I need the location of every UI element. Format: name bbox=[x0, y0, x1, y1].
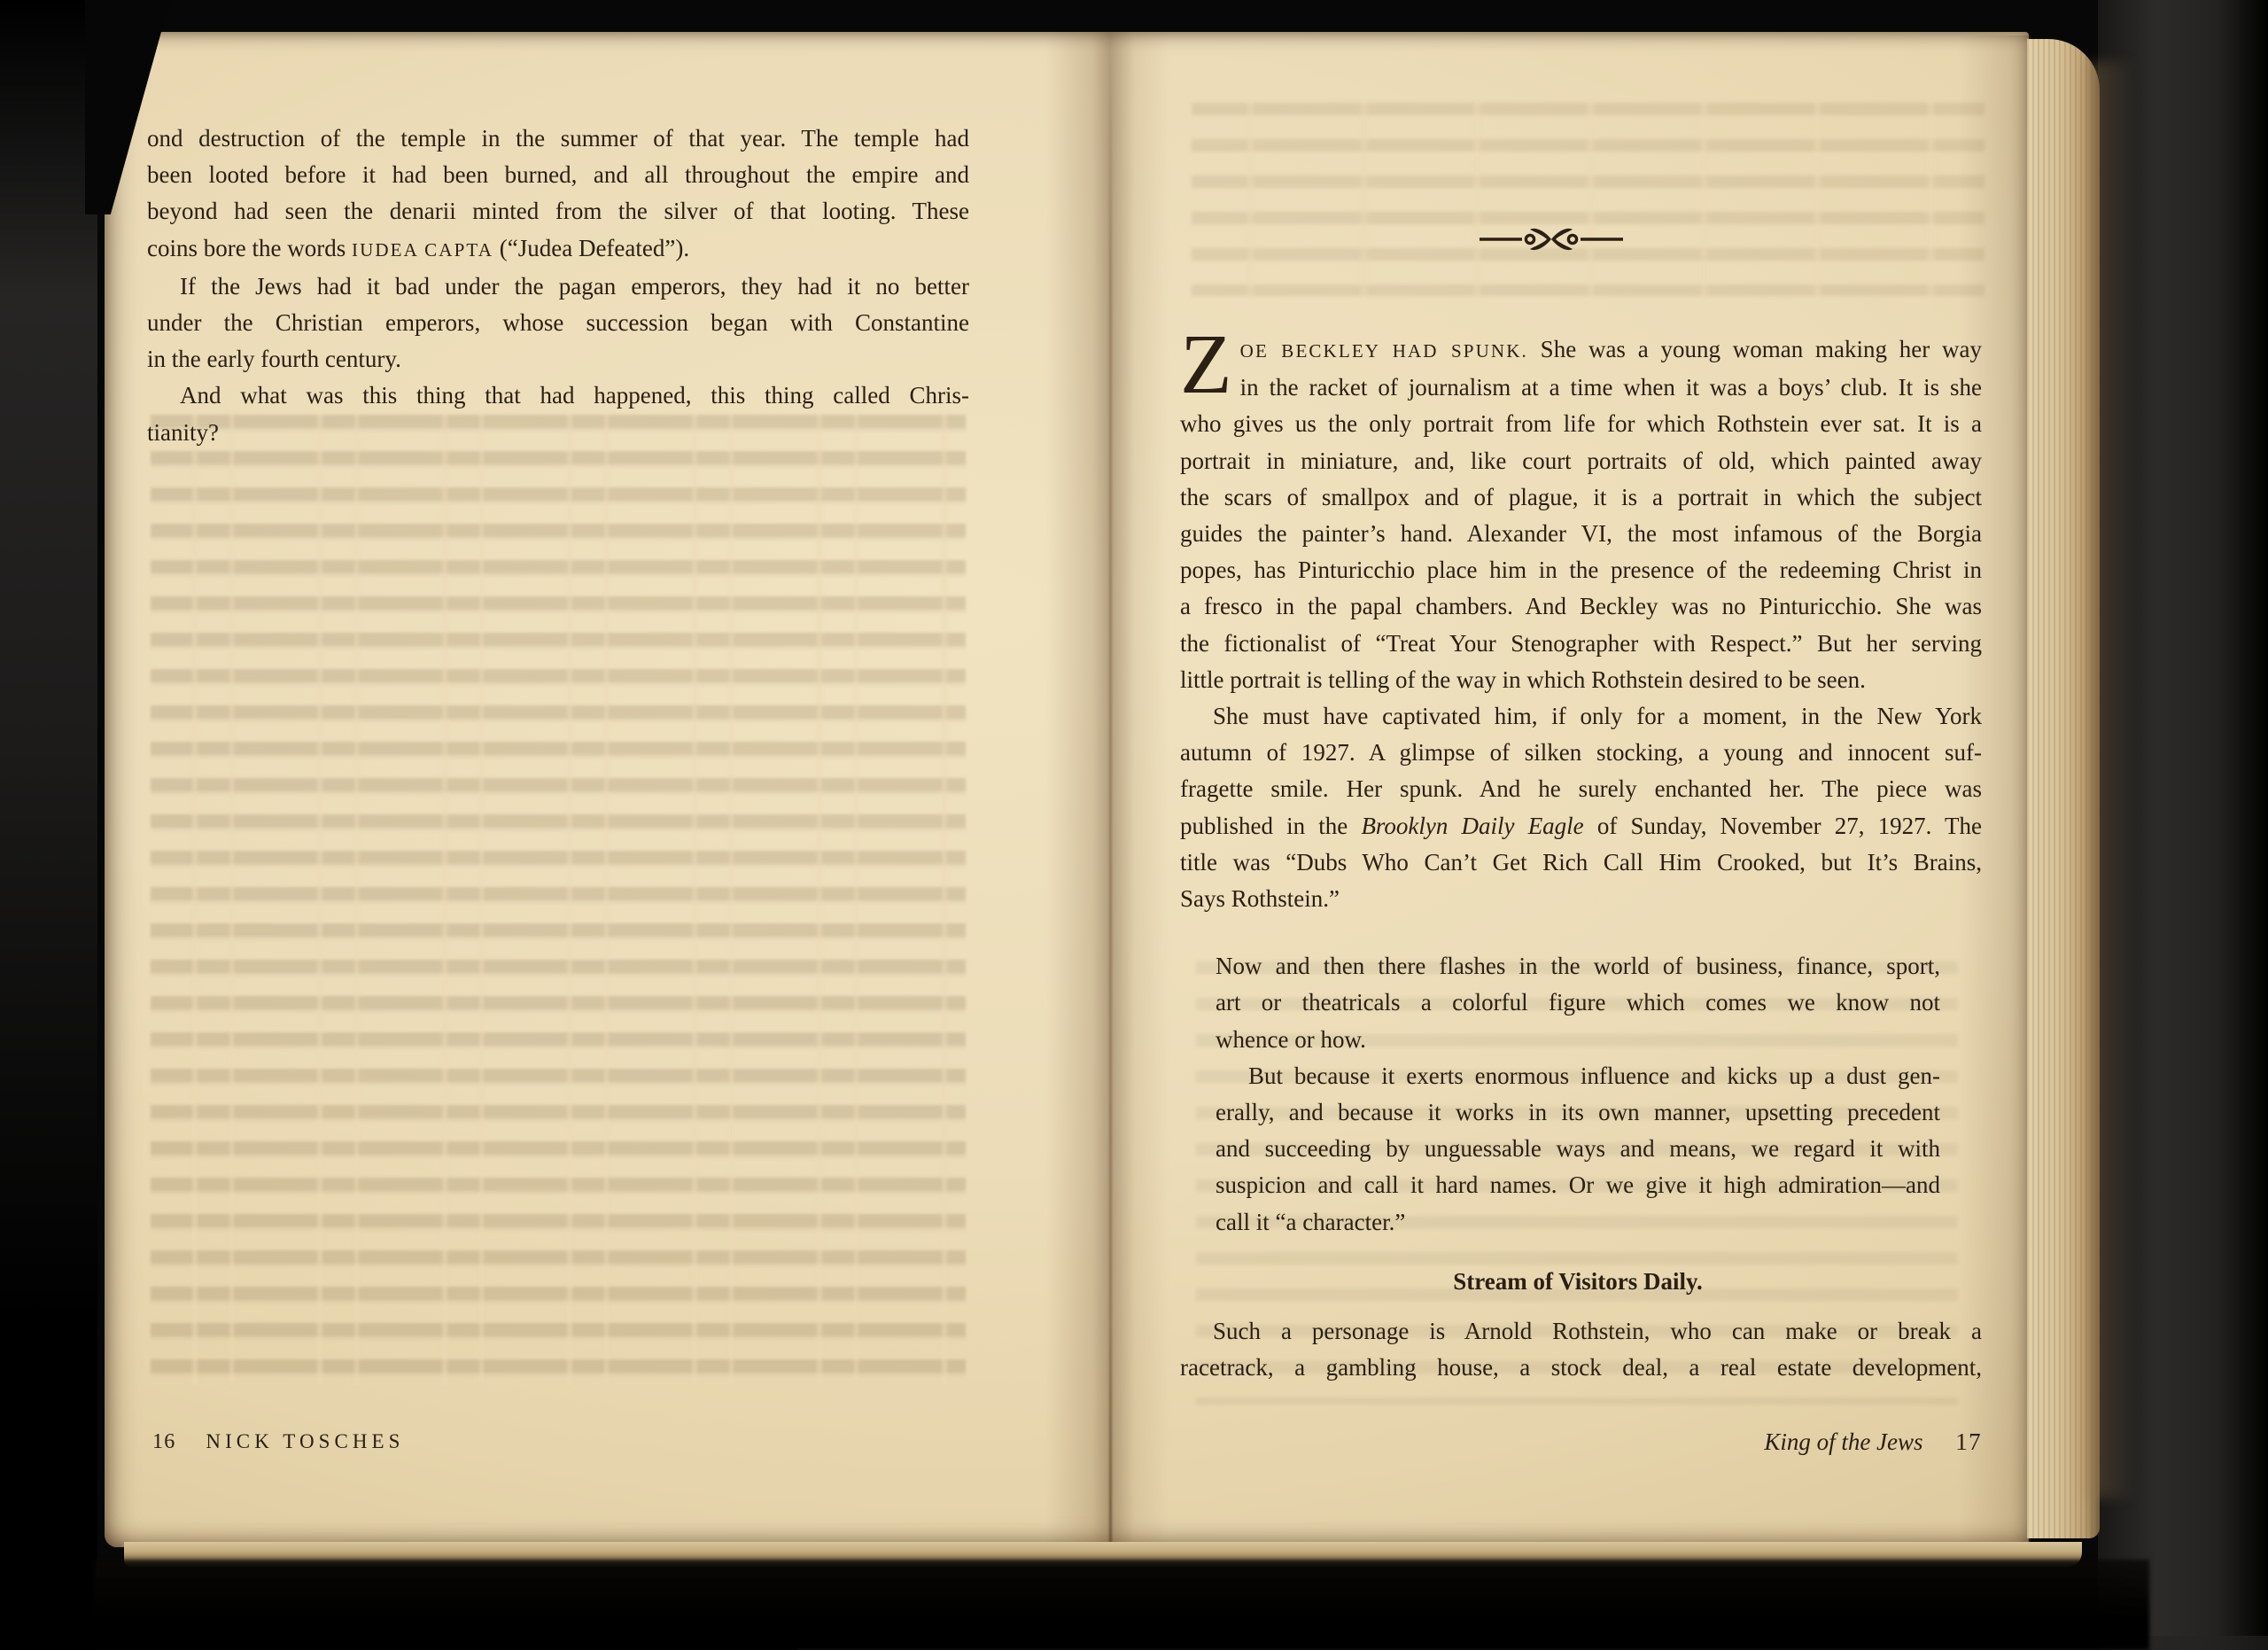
text-segment: a fresco in the papal chambers. And Beck… bbox=[1180, 593, 1982, 619]
text-segment: art or theatricals a colorful figure whi… bbox=[1216, 989, 1940, 1016]
text-line: in the racket of journalism at a time wh… bbox=[1180, 370, 1982, 406]
text-segment: under the Christian emperors, whose succ… bbox=[147, 309, 969, 336]
right-page-text-block: ZOE BECKLEY HAD SPUNK. She was a young w… bbox=[1180, 226, 1982, 1386]
text-segment: been looted before it had been burned, a… bbox=[147, 161, 969, 188]
text-segment: She was a young woman making her way bbox=[1528, 336, 1982, 362]
text-segment: call it “a character.” bbox=[1216, 1209, 1405, 1235]
fore-edge-glow bbox=[2087, 62, 2135, 1498]
paragraph: ond destruction of the temple in the sum… bbox=[147, 121, 969, 269]
text-segment: in the racket of journalism at a time wh… bbox=[1240, 374, 1982, 401]
italic-text: Brooklyn Daily Eagle bbox=[1361, 813, 1583, 839]
left-page-number: 16 bbox=[152, 1430, 175, 1454]
text-line: and succeeding by unguessable ways and m… bbox=[1216, 1131, 1940, 1167]
text-line: OE BECKLEY HAD SPUNK. She was a young wo… bbox=[1180, 331, 1982, 370]
text-line: under the Christian emperors, whose succ… bbox=[147, 305, 969, 341]
text-line: published in the Brooklyn Daily Eagle of… bbox=[1180, 808, 1982, 844]
text-line: little portrait is telling of the way in… bbox=[1180, 662, 1982, 698]
text-line: been looted before it had been burned, a… bbox=[147, 157, 969, 193]
bottom-scan-shadow bbox=[94, 1560, 2149, 1650]
left-running-head: NICK TOSCHES bbox=[206, 1430, 404, 1453]
text-line: portrait in miniature, and, like court p… bbox=[1180, 443, 1982, 479]
text-line: the scars of smallpox and of plague, it … bbox=[1180, 479, 1982, 516]
closing-paragraph: Such a personage is Arnold Rothstein, wh… bbox=[1180, 1313, 1982, 1386]
paragraph: Such a personage is Arnold Rothstein, wh… bbox=[1180, 1313, 1982, 1386]
text-line: tianity? bbox=[147, 415, 969, 451]
text-segment: If the Jews had it bad under the pagan e… bbox=[180, 273, 969, 300]
paragraph: If the Jews had it bad under the pagan e… bbox=[147, 269, 969, 378]
text-segment: tianity? bbox=[147, 419, 219, 446]
text-segment: suspicion and call it hard names. Or we … bbox=[1216, 1171, 1940, 1198]
text-segment: ond destruction of the temple in the sum… bbox=[147, 125, 969, 152]
text-line: art or theatricals a colorful figure whi… bbox=[1216, 985, 1940, 1021]
drop-cap: Z bbox=[1180, 335, 1232, 404]
text-segment: and succeeding by unguessable ways and m… bbox=[1216, 1135, 1940, 1162]
text-segment: fragette smile. Her spunk. And he surely… bbox=[1180, 775, 1982, 802]
text-line: the fictionalist of “Treat Your Stenogra… bbox=[1180, 626, 1982, 662]
right-page-main-paragraphs: ZOE BECKLEY HAD SPUNK. She was a young w… bbox=[1180, 331, 1982, 917]
text-segment: beyond had seen the denarii minted from … bbox=[147, 198, 969, 224]
right-running-head: King of the Jews bbox=[1764, 1428, 1922, 1455]
book-gutter-shadow bbox=[1045, 32, 1169, 1547]
text-segment: little portrait is telling of the way in… bbox=[1180, 666, 1866, 693]
text-segment: the fictionalist of “Treat Your Stenogra… bbox=[1180, 630, 1982, 657]
text-segment: of Sunday, November 27, 1927. The bbox=[1584, 813, 1982, 839]
text-segment: guides the painter’s hand. Alexander VI,… bbox=[1180, 520, 1982, 547]
text-line: Such a personage is Arnold Rothstein, wh… bbox=[1180, 1313, 1982, 1350]
text-line: She must have captivated him, if only fo… bbox=[1180, 698, 1982, 735]
small-caps-text: IUDEA CAPTA bbox=[352, 239, 493, 261]
text-line: Says Rothstein.” bbox=[1180, 881, 1982, 917]
text-segment: who gives us the only portrait from life… bbox=[1180, 410, 1982, 437]
text-line: coins bore the words IUDEA CAPTA (“Judea… bbox=[147, 230, 969, 269]
scanned-book-page: { "book": { "colors": { "paper": "#ecdcb… bbox=[0, 0, 2268, 1650]
paragraph: She must have captivated him, if only fo… bbox=[1180, 698, 1982, 917]
text-segment: racetrack, a gambling house, a stock dea… bbox=[1180, 1354, 1982, 1381]
text-segment: But because it exerts enormous influence… bbox=[1248, 1062, 1940, 1089]
paragraph: ZOE BECKLEY HAD SPUNK. She was a young w… bbox=[1180, 331, 1982, 698]
text-segment: And what was this thing that had happene… bbox=[180, 382, 969, 409]
text-line: beyond had seen the denarii minted from … bbox=[147, 193, 969, 230]
left-page-text-block: ond destruction of the temple in the sum… bbox=[147, 121, 969, 451]
text-segment: popes, has Pinturicchio place him in the… bbox=[1180, 556, 1982, 583]
quote-subheading: Stream of Visitors Daily. bbox=[1216, 1264, 1940, 1300]
text-line: whence or how. bbox=[1216, 1022, 1940, 1058]
text-line: Now and then there flashes in the world … bbox=[1216, 948, 1940, 985]
left-page-footer: 16 NICK TOSCHES bbox=[152, 1430, 405, 1454]
block-quote-paragraphs: Now and then there flashes in the world … bbox=[1216, 948, 1940, 1241]
text-segment: She must have captivated him, if only fo… bbox=[1213, 703, 1982, 729]
text-line: a fresco in the papal chambers. And Beck… bbox=[1180, 588, 1982, 625]
paragraph: But because it exerts enormous influence… bbox=[1216, 1058, 1940, 1241]
text-line: racetrack, a gambling house, a stock dea… bbox=[1180, 1350, 1982, 1386]
text-segment: Now and then there flashes in the world … bbox=[1216, 953, 1940, 979]
text-line: in the early fourth century. bbox=[147, 341, 969, 377]
text-segment: title was “Dubs Who Can’t Get Rich Call … bbox=[1180, 849, 1982, 876]
text-segment: Says Rothstein.” bbox=[1180, 885, 1340, 912]
text-line: who gives us the only portrait from life… bbox=[1180, 406, 1982, 442]
text-line: call it “a character.” bbox=[1216, 1204, 1940, 1241]
text-line: But because it exerts enormous influence… bbox=[1216, 1058, 1940, 1094]
text-line: And what was this thing that had happene… bbox=[147, 377, 969, 414]
text-segment: coins bore the words bbox=[147, 235, 352, 261]
text-line: suspicion and call it hard names. Or we … bbox=[1216, 1167, 1940, 1203]
spine-fold-line bbox=[1109, 62, 1112, 1544]
text-segment: autumn of 1927. A glimpse of silken stoc… bbox=[1180, 739, 1982, 766]
right-page-footer: King of the Jews 17 bbox=[1180, 1428, 1982, 1456]
paragraph: And what was this thing that had happene… bbox=[147, 377, 969, 450]
text-segment: published in the bbox=[1180, 813, 1361, 839]
text-line: guides the painter’s hand. Alexander VI,… bbox=[1180, 516, 1982, 552]
text-segment: Such a personage is Arnold Rothstein, wh… bbox=[1213, 1318, 1982, 1344]
right-page-number: 17 bbox=[1955, 1428, 1982, 1455]
text-line: popes, has Pinturicchio place him in the… bbox=[1180, 552, 1982, 588]
text-line: title was “Dubs Who Can’t Get Rich Call … bbox=[1180, 844, 1982, 881]
text-line: autumn of 1927. A glimpse of silken stoc… bbox=[1180, 735, 1982, 771]
text-line: If the Jews had it bad under the pagan e… bbox=[147, 269, 969, 305]
text-segment: in the early fourth century. bbox=[147, 346, 401, 372]
small-caps-text: OE BECKLEY HAD SPUNK. bbox=[1240, 340, 1528, 362]
paragraph: Now and then there flashes in the world … bbox=[1216, 948, 1940, 1058]
text-line: fragette smile. Her spunk. And he surely… bbox=[1180, 771, 1982, 807]
text-line: erally, and because it works in its own … bbox=[1216, 1094, 1940, 1131]
text-segment: portrait in miniature, and, like court p… bbox=[1180, 448, 1982, 474]
fleuron-divider-icon bbox=[1476, 226, 1627, 253]
article-block-quote: Now and then there flashes in the world … bbox=[1216, 948, 1940, 1300]
text-segment: whence or how. bbox=[1216, 1026, 1366, 1053]
text-segment: the scars of smallpox and of plague, it … bbox=[1180, 484, 1982, 510]
text-segment: erally, and because it works in its own … bbox=[1216, 1099, 1940, 1125]
scan-background-left bbox=[0, 0, 97, 1650]
text-line: ond destruction of the temple in the sum… bbox=[147, 121, 969, 157]
text-segment: (“Judea Defeated”). bbox=[493, 235, 689, 261]
